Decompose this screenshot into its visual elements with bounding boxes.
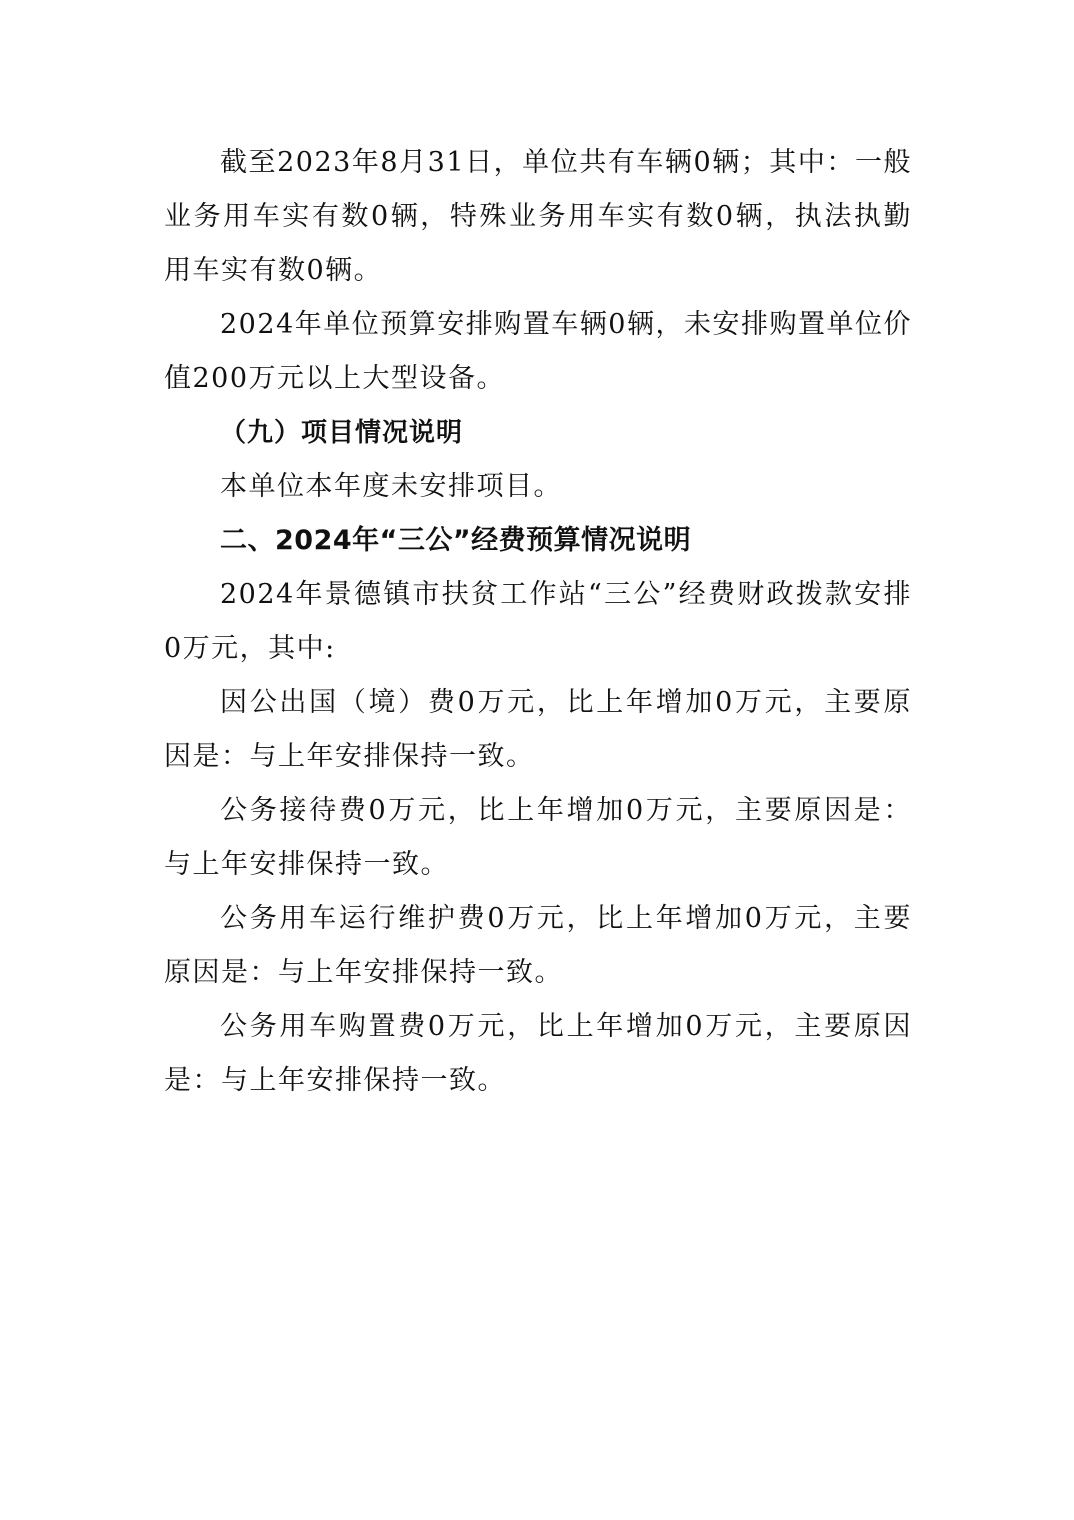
overseas-travel-expense-paragraph: 因公出国（境）费0万元，比上年增加0万元，主要原因是：与上年安排保持一致。 <box>164 676 912 784</box>
three-public-summary-paragraph: 2024年景德镇市扶贫工作站“三公”经费财政拨款安排0万元，其中: <box>164 568 912 676</box>
vehicle-count-paragraph: 截至2023年8月31日，单位共有车辆0辆；其中：一般业务用车实有数0辆，特殊业… <box>164 136 912 298</box>
vehicle-purchase-expense-paragraph: 公务用车购置费0万元，比上年增加0万元，主要原因是：与上年安排保持一致。 <box>164 1000 912 1108</box>
vehicle-purchase-paragraph: 2024年单位预算安排购置车辆0辆，未安排购置单位价值200万元以上大型设备。 <box>164 298 912 406</box>
official-reception-expense-paragraph: 公务接待费0万元，比上年增加0万元，主要原因是：与上年安排保持一致。 <box>164 784 912 892</box>
section-heading-project-info: （九）项目情况说明 <box>164 406 912 460</box>
section-heading-three-public-expenses: 二、2024年“三公”经费预算情况说明 <box>164 514 912 568</box>
project-info-paragraph: 本单位本年度未安排项目。 <box>164 460 912 514</box>
document-page: 截至2023年8月31日，单位共有车辆0辆；其中：一般业务用车实有数0辆，特殊业… <box>164 136 912 1108</box>
vehicle-maintenance-expense-paragraph: 公务用车运行维护费0万元，比上年增加0万元，主要原因是：与上年安排保持一致。 <box>164 892 912 1000</box>
